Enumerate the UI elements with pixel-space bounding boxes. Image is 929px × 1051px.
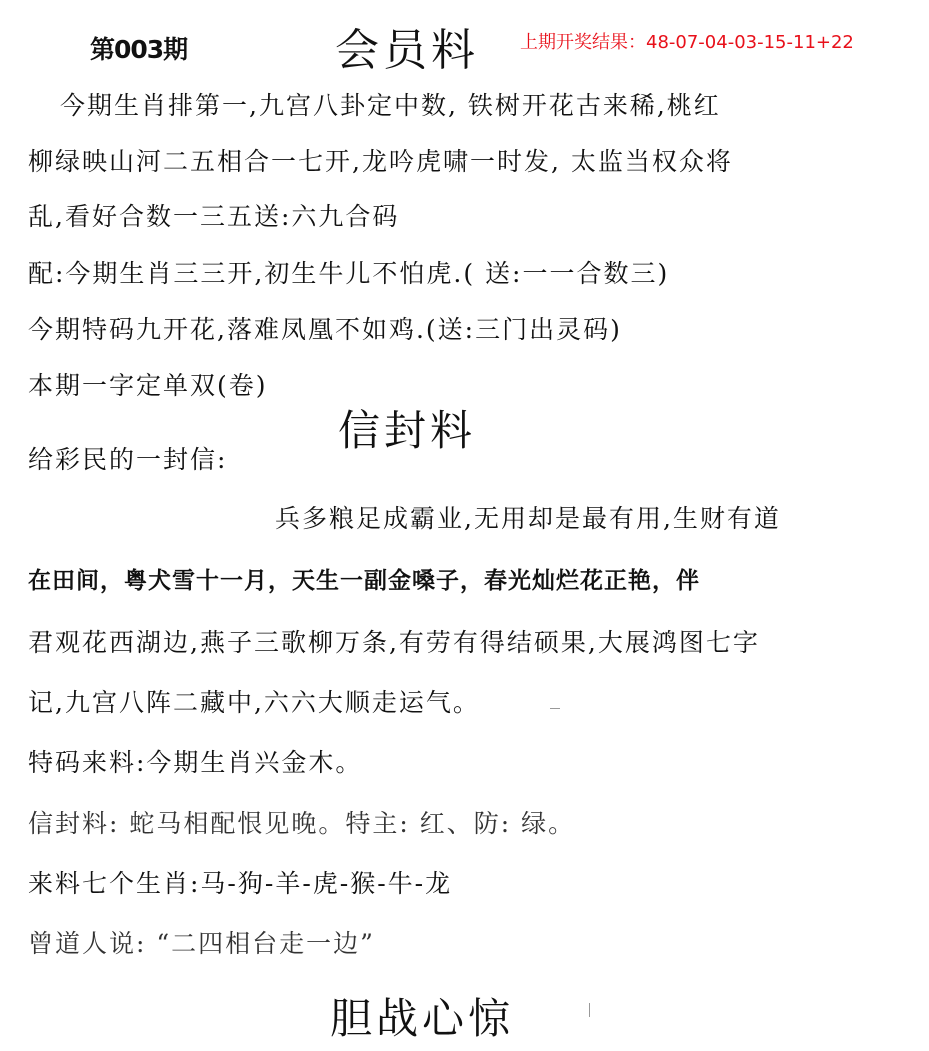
member-line-4: 配:今期生肖三三开,初生牛儿不怕虎.( 送:一一合数三): [28, 254, 669, 290]
member-line-1: 今期生肖排第一,九宫八卦定中数, 铁树开花古来稀,桃红: [60, 86, 721, 122]
letter-line-7: 来料七个生肖:马-狗-羊-虎-猴-牛-龙: [28, 864, 452, 900]
issue-number: 第003期: [90, 30, 187, 66]
letter-line-1: 兵多粮足成霸业,无用却是最有用,生财有道: [275, 499, 781, 535]
footer-title: 胆战心惊: [330, 986, 514, 1046]
letter-line-8: 曾道人说: “二四相台走一边”: [28, 924, 375, 960]
letter-intro: 给彩民的一封信:: [28, 440, 227, 476]
letter-line-5: 特码来料:今期生肖兴金木。: [28, 743, 362, 779]
letter-line-3: 君观花西湖边,燕子三歌柳万条,有劳有得结硕果,大展鸿图七字: [28, 623, 760, 659]
cursor-mark: [589, 1003, 590, 1017]
letter-line-4: 记,九宫八阵二藏中,六六大顺走运气。: [28, 683, 480, 719]
member-line-6: 本期一字定单双(卷): [28, 366, 268, 402]
member-line-3: 乱,看好合数一三五送:六九合码: [28, 197, 399, 233]
letter-line-2: 在田间，粤犬雪十一月，天生一副金嗓子，春光灿烂花正艳，伴: [28, 562, 700, 595]
member-line-5: 今期特码九开花,落难凤凰不如鸡.(送:三门出灵码): [28, 310, 622, 346]
letter-line-6: 信封料: 蛇马相配恨见晚。特主: 红、防: 绿。: [28, 804, 575, 840]
member-line-2: 柳绿映山河二五相合一七开,龙吟虎啸一时发, 太监当权众将: [28, 142, 733, 178]
letter-section-title: 信封料: [338, 398, 476, 458]
dash-mark: [550, 708, 560, 709]
last-draw-result: 上期开奖结果：48-07-04-03-15-11+22: [520, 28, 854, 54]
page-title: 会员料: [335, 14, 479, 78]
